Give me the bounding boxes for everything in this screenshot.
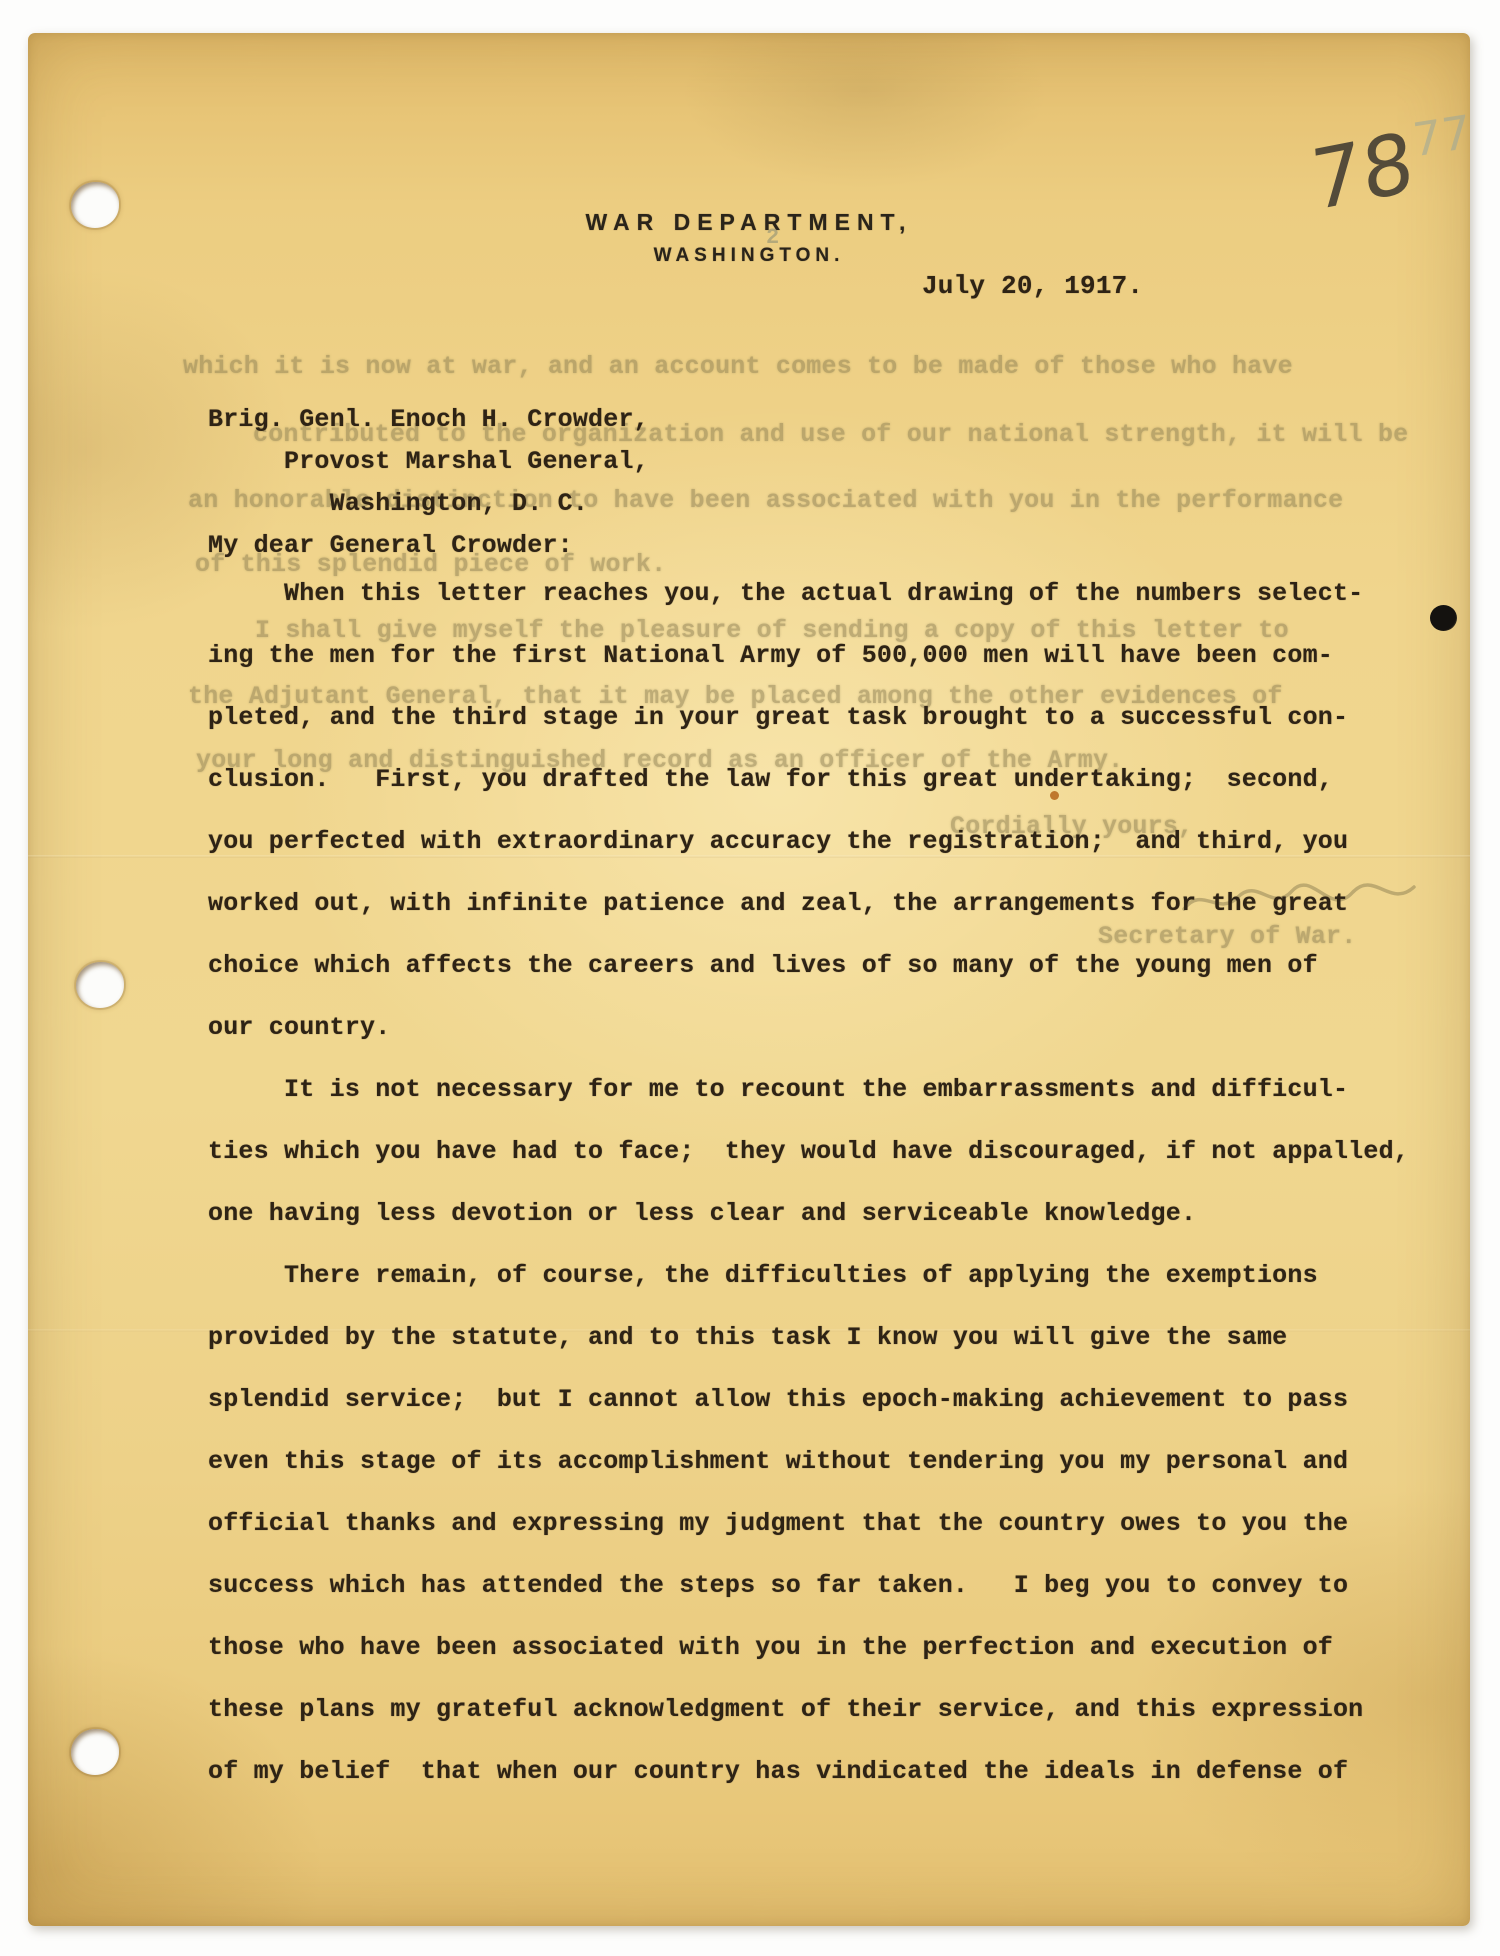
body-line: of my belief that when our country has v… bbox=[208, 1757, 1409, 1819]
body-line: pleted, and the third stage in your grea… bbox=[208, 703, 1409, 765]
letter-body: When this letter reaches you, the actual… bbox=[208, 579, 1409, 1819]
body-line: clusion. First, you drafted the law for … bbox=[208, 765, 1409, 827]
salutation: My dear General Crowder: bbox=[208, 531, 573, 560]
handwritten-number: 78 bbox=[1308, 115, 1417, 230]
body-line: you perfected with extraordinary accurac… bbox=[208, 827, 1409, 889]
body-line: provided by the statute, and to this tas… bbox=[208, 1323, 1409, 1385]
scanned-letter-screenshot: which it is now at war, and an account c… bbox=[0, 0, 1500, 1956]
body-line: There remain, of course, the difficultie… bbox=[208, 1261, 1409, 1323]
rust-stain bbox=[1050, 791, 1059, 800]
body-line: When this letter reaches you, the actual… bbox=[208, 579, 1409, 641]
body-line: even this stage of its accomplishment wi… bbox=[208, 1447, 1409, 1509]
body-line: worked out, with infinite patience and z… bbox=[208, 889, 1409, 951]
address-line: Brig. Genl. Enoch H. Crowder, bbox=[208, 405, 649, 447]
letterhead-department: WAR DEPARTMENT, bbox=[28, 209, 1470, 236]
body-line: It is not necessary for me to recount th… bbox=[208, 1075, 1409, 1137]
body-line: splendid service; but I cannot allow thi… bbox=[208, 1385, 1409, 1447]
body-line: ties which you have had to face; they wo… bbox=[208, 1137, 1409, 1199]
body-line: official thanks and expressing my judgme… bbox=[208, 1509, 1409, 1571]
punch-hole bbox=[71, 182, 119, 228]
faint-page-number: 2 bbox=[766, 225, 779, 250]
body-line: those who have been associated with you … bbox=[208, 1633, 1409, 1695]
body-line: our country. bbox=[208, 1013, 1409, 1075]
body-line: these plans my grateful acknowledgment o… bbox=[208, 1695, 1409, 1757]
ink-dot bbox=[1430, 605, 1457, 631]
bleed-through-line: which it is now at war, and an account c… bbox=[183, 352, 1293, 381]
body-line: ing the men for the first National Army … bbox=[208, 641, 1409, 703]
date-line: July 20, 1917. bbox=[922, 271, 1143, 301]
address-block: Brig. Genl. Enoch H. Crowder, Provost Ma… bbox=[208, 405, 649, 531]
body-line: one having less devotion or less clear a… bbox=[208, 1199, 1409, 1261]
punch-hole bbox=[71, 1729, 119, 1775]
body-line: success which has attended the steps so … bbox=[208, 1571, 1409, 1633]
address-line: Washington, D. C. bbox=[208, 489, 649, 531]
letterhead-city: WASHINGTON. bbox=[28, 245, 1470, 267]
punch-hole bbox=[76, 962, 124, 1008]
faint-handwritten-number: 77 bbox=[1410, 104, 1472, 167]
body-line: choice which affects the careers and liv… bbox=[208, 951, 1409, 1013]
letter-page: which it is now at war, and an account c… bbox=[28, 33, 1470, 1926]
address-line: Provost Marshal General, bbox=[208, 447, 649, 489]
